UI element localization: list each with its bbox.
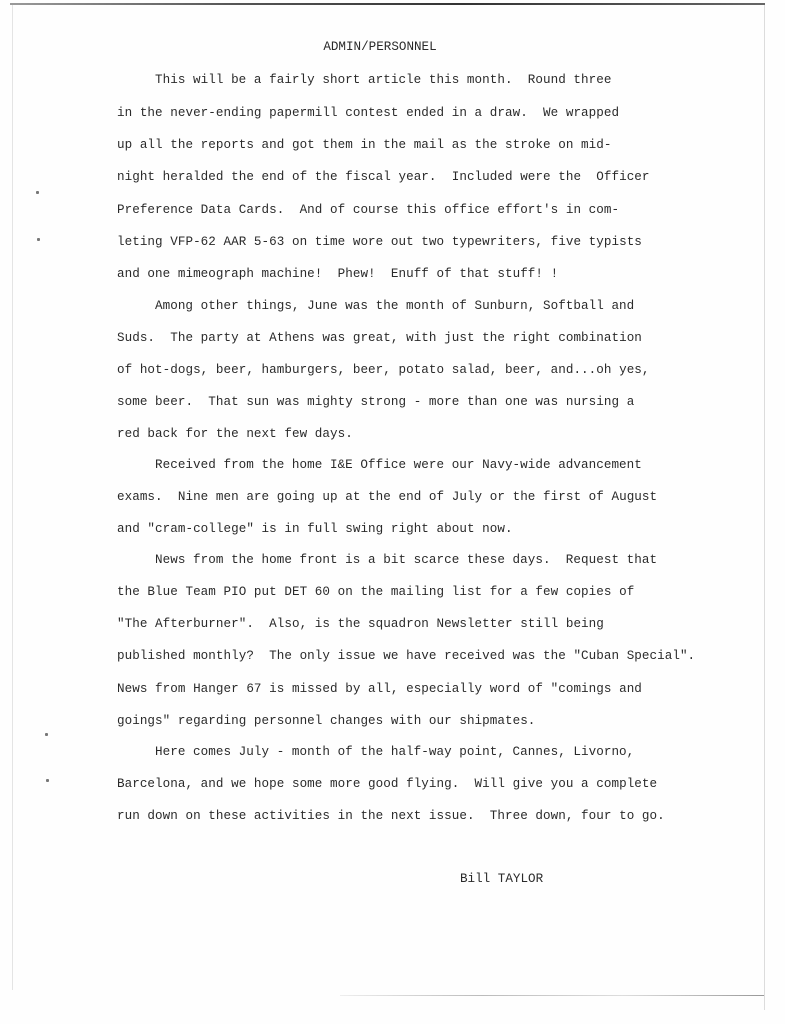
paragraph-2-line-4: some beer. That sun was mighty strong - … (117, 394, 634, 410)
paragraph-4-line-1: News from the home front is a bit scarce… (155, 552, 657, 568)
paragraph-3-line-1: Received from the home I&E Office were o… (155, 457, 642, 473)
paragraph-1-line-5: Preference Data Cards. And of course thi… (117, 202, 619, 218)
margin-speck (36, 191, 39, 194)
paragraph-4-line-2: the Blue Team PIO put DET 60 on the mail… (117, 584, 634, 600)
margin-speck (46, 779, 49, 782)
author-signature: Bill TAYLOR (460, 872, 543, 886)
typewritten-page: ADMIN/PERSONNEL This will be a fairly sh… (0, 0, 785, 1024)
margin-speck (45, 733, 48, 736)
paragraph-5-line-3: run down on these activities in the next… (117, 808, 665, 824)
paragraph-2-line-3: of hot-dogs, beer, hamburgers, beer, pot… (117, 362, 650, 378)
margin-speck (37, 238, 40, 241)
paragraph-3-line-3: and "cram-college" is in full swing righ… (117, 521, 513, 537)
paragraph-1-line-4: night heralded the end of the fiscal yea… (117, 169, 650, 185)
page-right-edge (764, 5, 765, 1010)
paragraph-5-line-2: Barcelona, and we hope some more good fl… (117, 776, 657, 792)
paragraph-5-line-1: Here comes July - month of the half-way … (155, 744, 634, 760)
paragraph-4-line-6: goings" regarding personnel changes with… (117, 713, 535, 729)
paragraph-1-line-3: up all the reports and got them in the m… (117, 137, 612, 153)
paragraph-4-line-4: published monthly? The only issue we hav… (117, 648, 695, 664)
paragraph-1-line-2: in the never-ending papermill contest en… (117, 105, 619, 121)
paragraph-3-line-2: exams. Nine men are going up at the end … (117, 489, 657, 505)
page-left-edge (12, 5, 13, 990)
paragraph-2-line-2: Suds. The party at Athens was great, wit… (117, 330, 642, 346)
paragraph-4-line-5: News from Hanger 67 is missed by all, es… (117, 681, 642, 697)
paragraph-2-line-1: Among other things, June was the month o… (155, 298, 634, 314)
article-title: ADMIN/PERSONNEL (0, 40, 760, 54)
paragraph-1-line-6: leting VFP-62 AAR 5-63 on time wore out … (117, 234, 642, 250)
paragraph-4-line-3: "The Afterburner". Also, is the squadron… (117, 616, 604, 632)
paragraph-1-line-1: This will be a fairly short article this… (155, 72, 611, 88)
paragraph-1-line-7: and one mimeograph machine! Phew! Enuff … (117, 266, 558, 282)
paragraph-2-line-5: red back for the next few days. (117, 426, 353, 442)
page-top-edge (10, 3, 765, 5)
page-bottom-edge (340, 995, 764, 996)
